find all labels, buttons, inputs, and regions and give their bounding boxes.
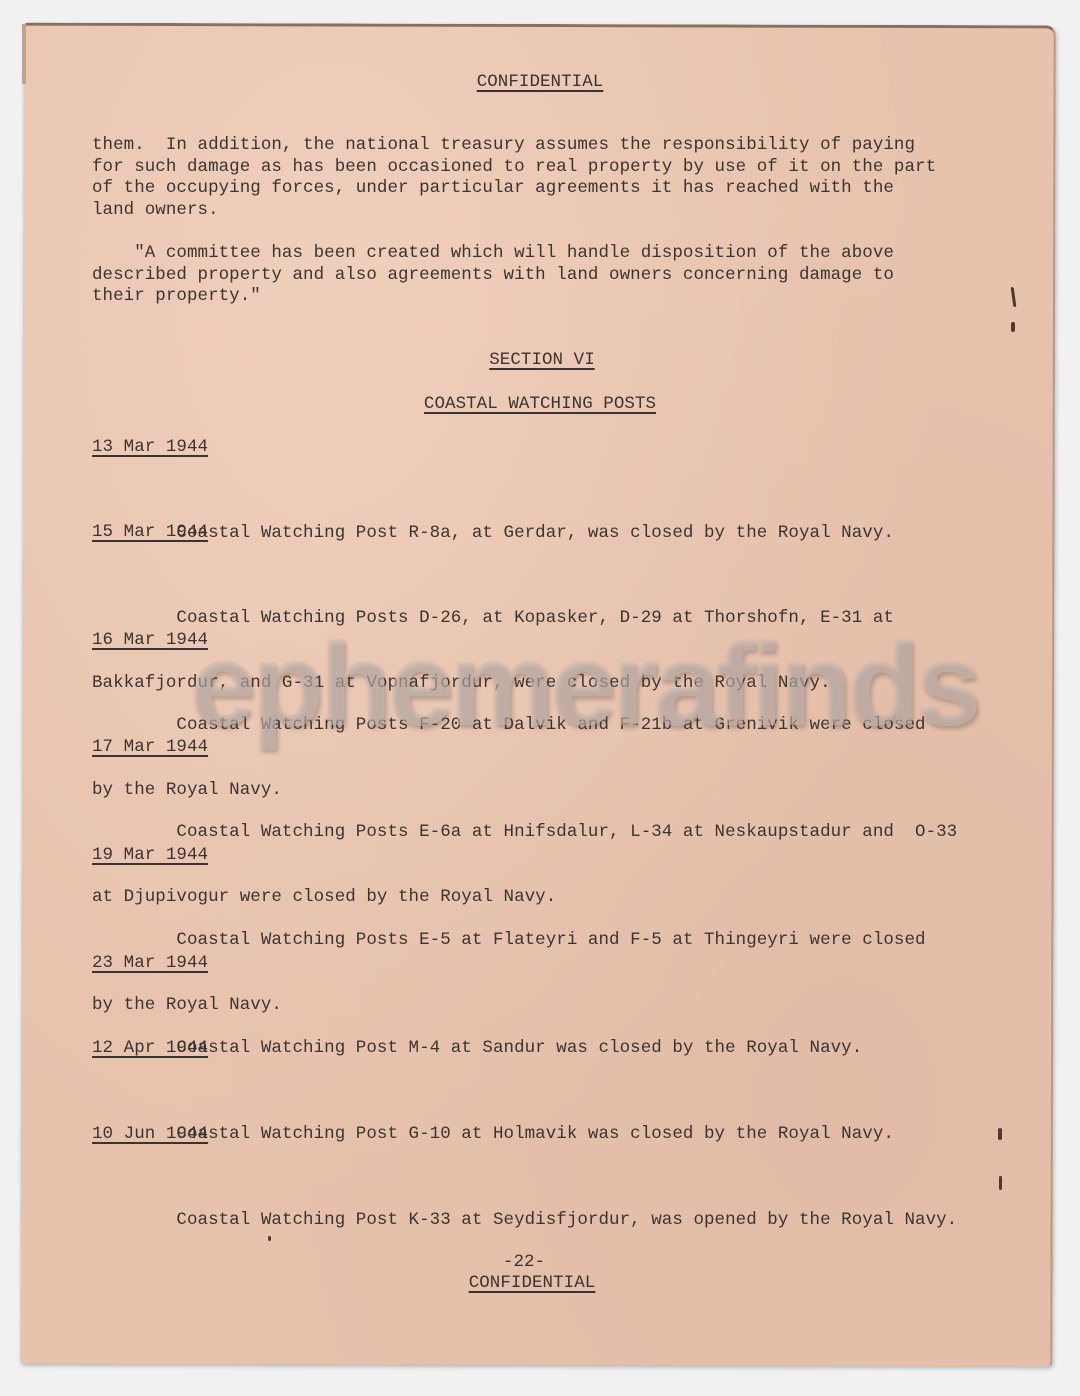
text-line: Coastal Watching Post K-33 at Seydisfjor… [92,1210,992,1232]
text-line: Coastal Watching Posts D-26, at Kopasker… [92,608,992,630]
header-classification: CONFIDENTIAL [0,72,1080,94]
ink-mark [999,1176,1002,1190]
entry-date: 23 Mar 1944 [92,953,208,975]
text-line: "A committee has been created which will… [92,243,972,265]
text-line: Coastal Watching Post G-10 at Holmavik w… [92,1124,992,1146]
ink-mark [1011,322,1015,332]
footer-classification: CONFIDENTIAL [0,1273,1072,1295]
intro-paragraph-1: them. In addition, the national treasury… [92,135,972,221]
page-number: -22- [0,1252,1064,1274]
section-title: COASTAL WATCHING POSTS [0,394,1080,416]
text-line: Coastal Watching Post R-8a, at Gerdar, w… [92,523,992,545]
section-number: SECTION VI [0,350,1080,372]
text-line: them. In addition, the national treasury… [92,135,972,157]
entry-text: Coastal Watching Post G-10 at Holmavik w… [92,1081,992,1167]
text-line: land owners. [92,200,972,222]
entry-date: 12 Apr 1944 [92,1038,208,1060]
entry-date: 19 Mar 1944 [92,845,208,867]
intro-paragraph-2: "A committee has been created which will… [92,243,972,308]
text-line: for such damage as has been occasioned t… [92,157,972,179]
text-line: described property and also agreements w… [92,265,972,287]
entry-date: 17 Mar 1944 [92,737,208,759]
ink-mark [998,1128,1002,1140]
text-line: Coastal Watching Posts F-20 at Dalvik an… [92,715,992,737]
text-line: Coastal Watching Post M-4 at Sandur was … [92,1038,992,1060]
entry-date: 13 Mar 1944 [92,437,208,459]
entry-text: Coastal Watching Post M-4 at Sandur was … [92,995,992,1081]
text-line: of the occupying forces, under particula… [92,178,972,200]
entry-date: 10 Jun 1944 [92,1124,208,1146]
entry-date: 16 Mar 1944 [92,630,208,652]
entry-text: Coastal Watching Post K-33 at Seydisfjor… [92,1167,992,1253]
ink-mark [268,1236,271,1241]
entry-date: 15 Mar 1944 [92,522,208,544]
text-line: Coastal Watching Posts E-5 at Flateyri a… [92,930,992,952]
text-line: Coastal Watching Posts E-6a at Hnifsdalu… [92,822,992,844]
entry-text: Coastal Watching Post R-8a, at Gerdar, w… [92,480,992,566]
text-line: their property." [92,286,972,308]
